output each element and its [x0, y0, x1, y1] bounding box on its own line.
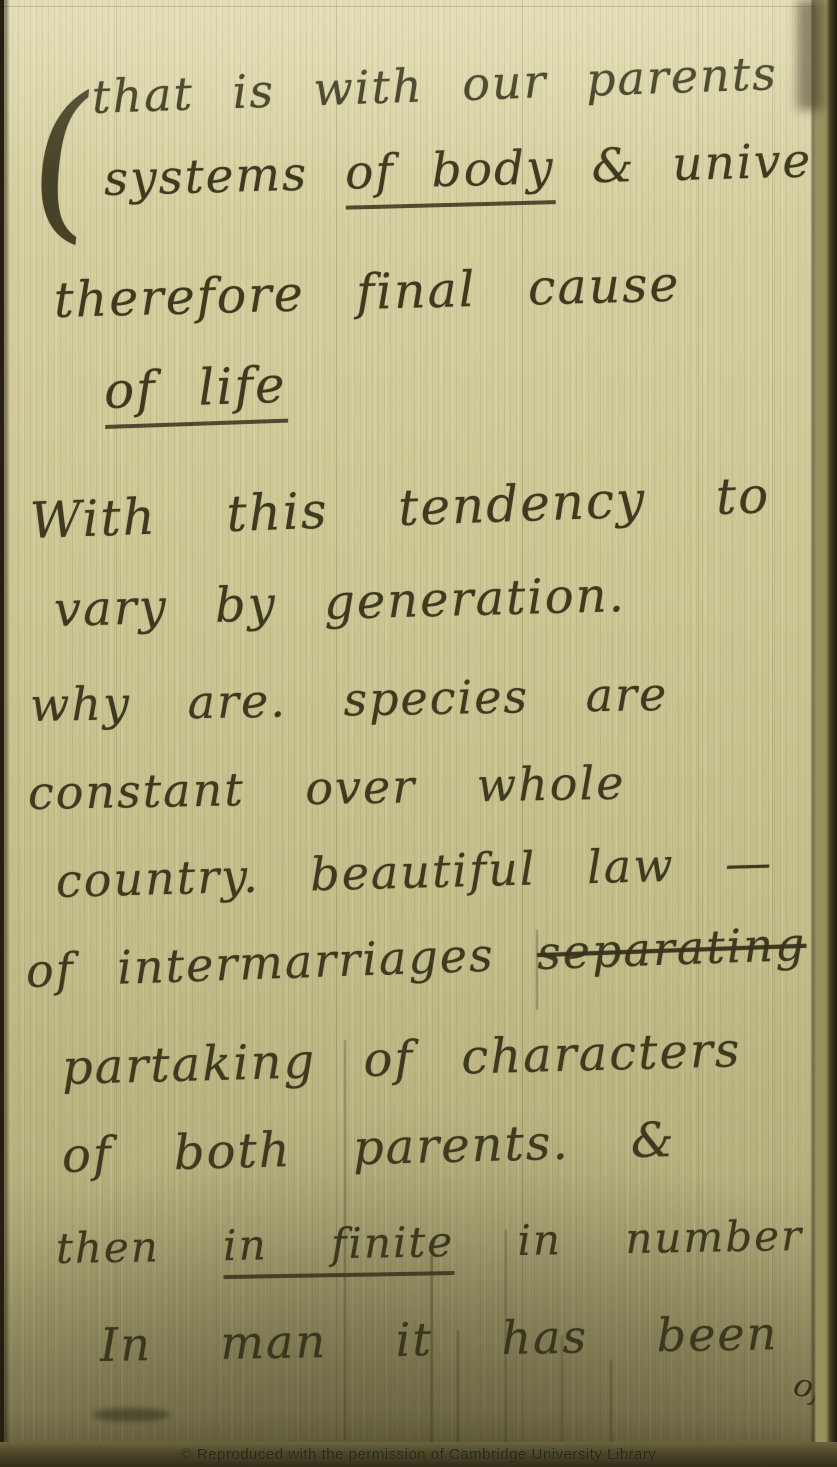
manuscript-line: With this tendency to [29, 466, 771, 550]
handwritten-text: In man it has been [100, 1306, 779, 1372]
large-parenthesis-mark: ( [19, 75, 102, 249]
manuscript-line: partaking of characters [61, 1022, 742, 1096]
manuscript-line: therefore final cause [53, 256, 681, 329]
underlined-text: of body [344, 140, 555, 209]
manuscript-line: of intermarriages separating [25, 917, 807, 998]
handwritten-text: in number [454, 1211, 804, 1266]
handwritten-text: vary by generation. [53, 567, 626, 638]
handwritten-text: of both parents. & [61, 1112, 676, 1184]
manuscript-line: then in finite in number [56, 1211, 804, 1273]
struck-text: separating [536, 917, 807, 980]
handwritten-text: that is with our parents [91, 46, 779, 124]
manuscript-line: vary by generation. [53, 567, 626, 638]
handwritten-text: then [56, 1221, 224, 1273]
ink-smudge [92, 1408, 170, 1422]
manuscript-line: why are. species are [30, 667, 669, 732]
manuscript-line: country. beautiful law — [55, 835, 774, 908]
scan-streak [610, 1360, 612, 1445]
handwritten-text: constant over whole [28, 756, 626, 820]
page-corner-shadow [797, 0, 823, 110]
underlined-text: of life [103, 356, 288, 429]
handwritten-text: partaking of characters [61, 1022, 742, 1096]
credit-text: © Reproduced with the permission of Camb… [181, 1446, 657, 1463]
handwritten-text: & universe [554, 131, 837, 195]
page-edge-right [810, 0, 837, 1467]
handwritten-text: why are. species are [30, 667, 669, 732]
paper-crease [0, 6, 837, 7]
handwritten-text: systems [103, 146, 345, 207]
manuscript-line: constant over whole [28, 756, 626, 820]
manuscript-line: of life [103, 356, 288, 420]
manuscript-page: ( that is with our parents systems of bo… [0, 0, 837, 1467]
handwritten-text: With this tendency to [29, 466, 771, 550]
manuscript-line: systems of body & universe [103, 131, 837, 207]
manuscript-line: of both parents. & [61, 1112, 676, 1184]
handwritten-text: of intermarriages [25, 926, 538, 998]
page-edge-left [0, 0, 10, 1467]
handwritten-text: therefore final cause [53, 256, 681, 329]
underlined-text: in finite [223, 1217, 455, 1279]
manuscript-line: that is with our parents [91, 46, 779, 124]
manuscript-line: In man it has been [100, 1306, 779, 1372]
credit-bar: © Reproduced with the permission of Camb… [0, 1442, 837, 1467]
handwritten-text: country. beautiful law — [55, 835, 774, 908]
